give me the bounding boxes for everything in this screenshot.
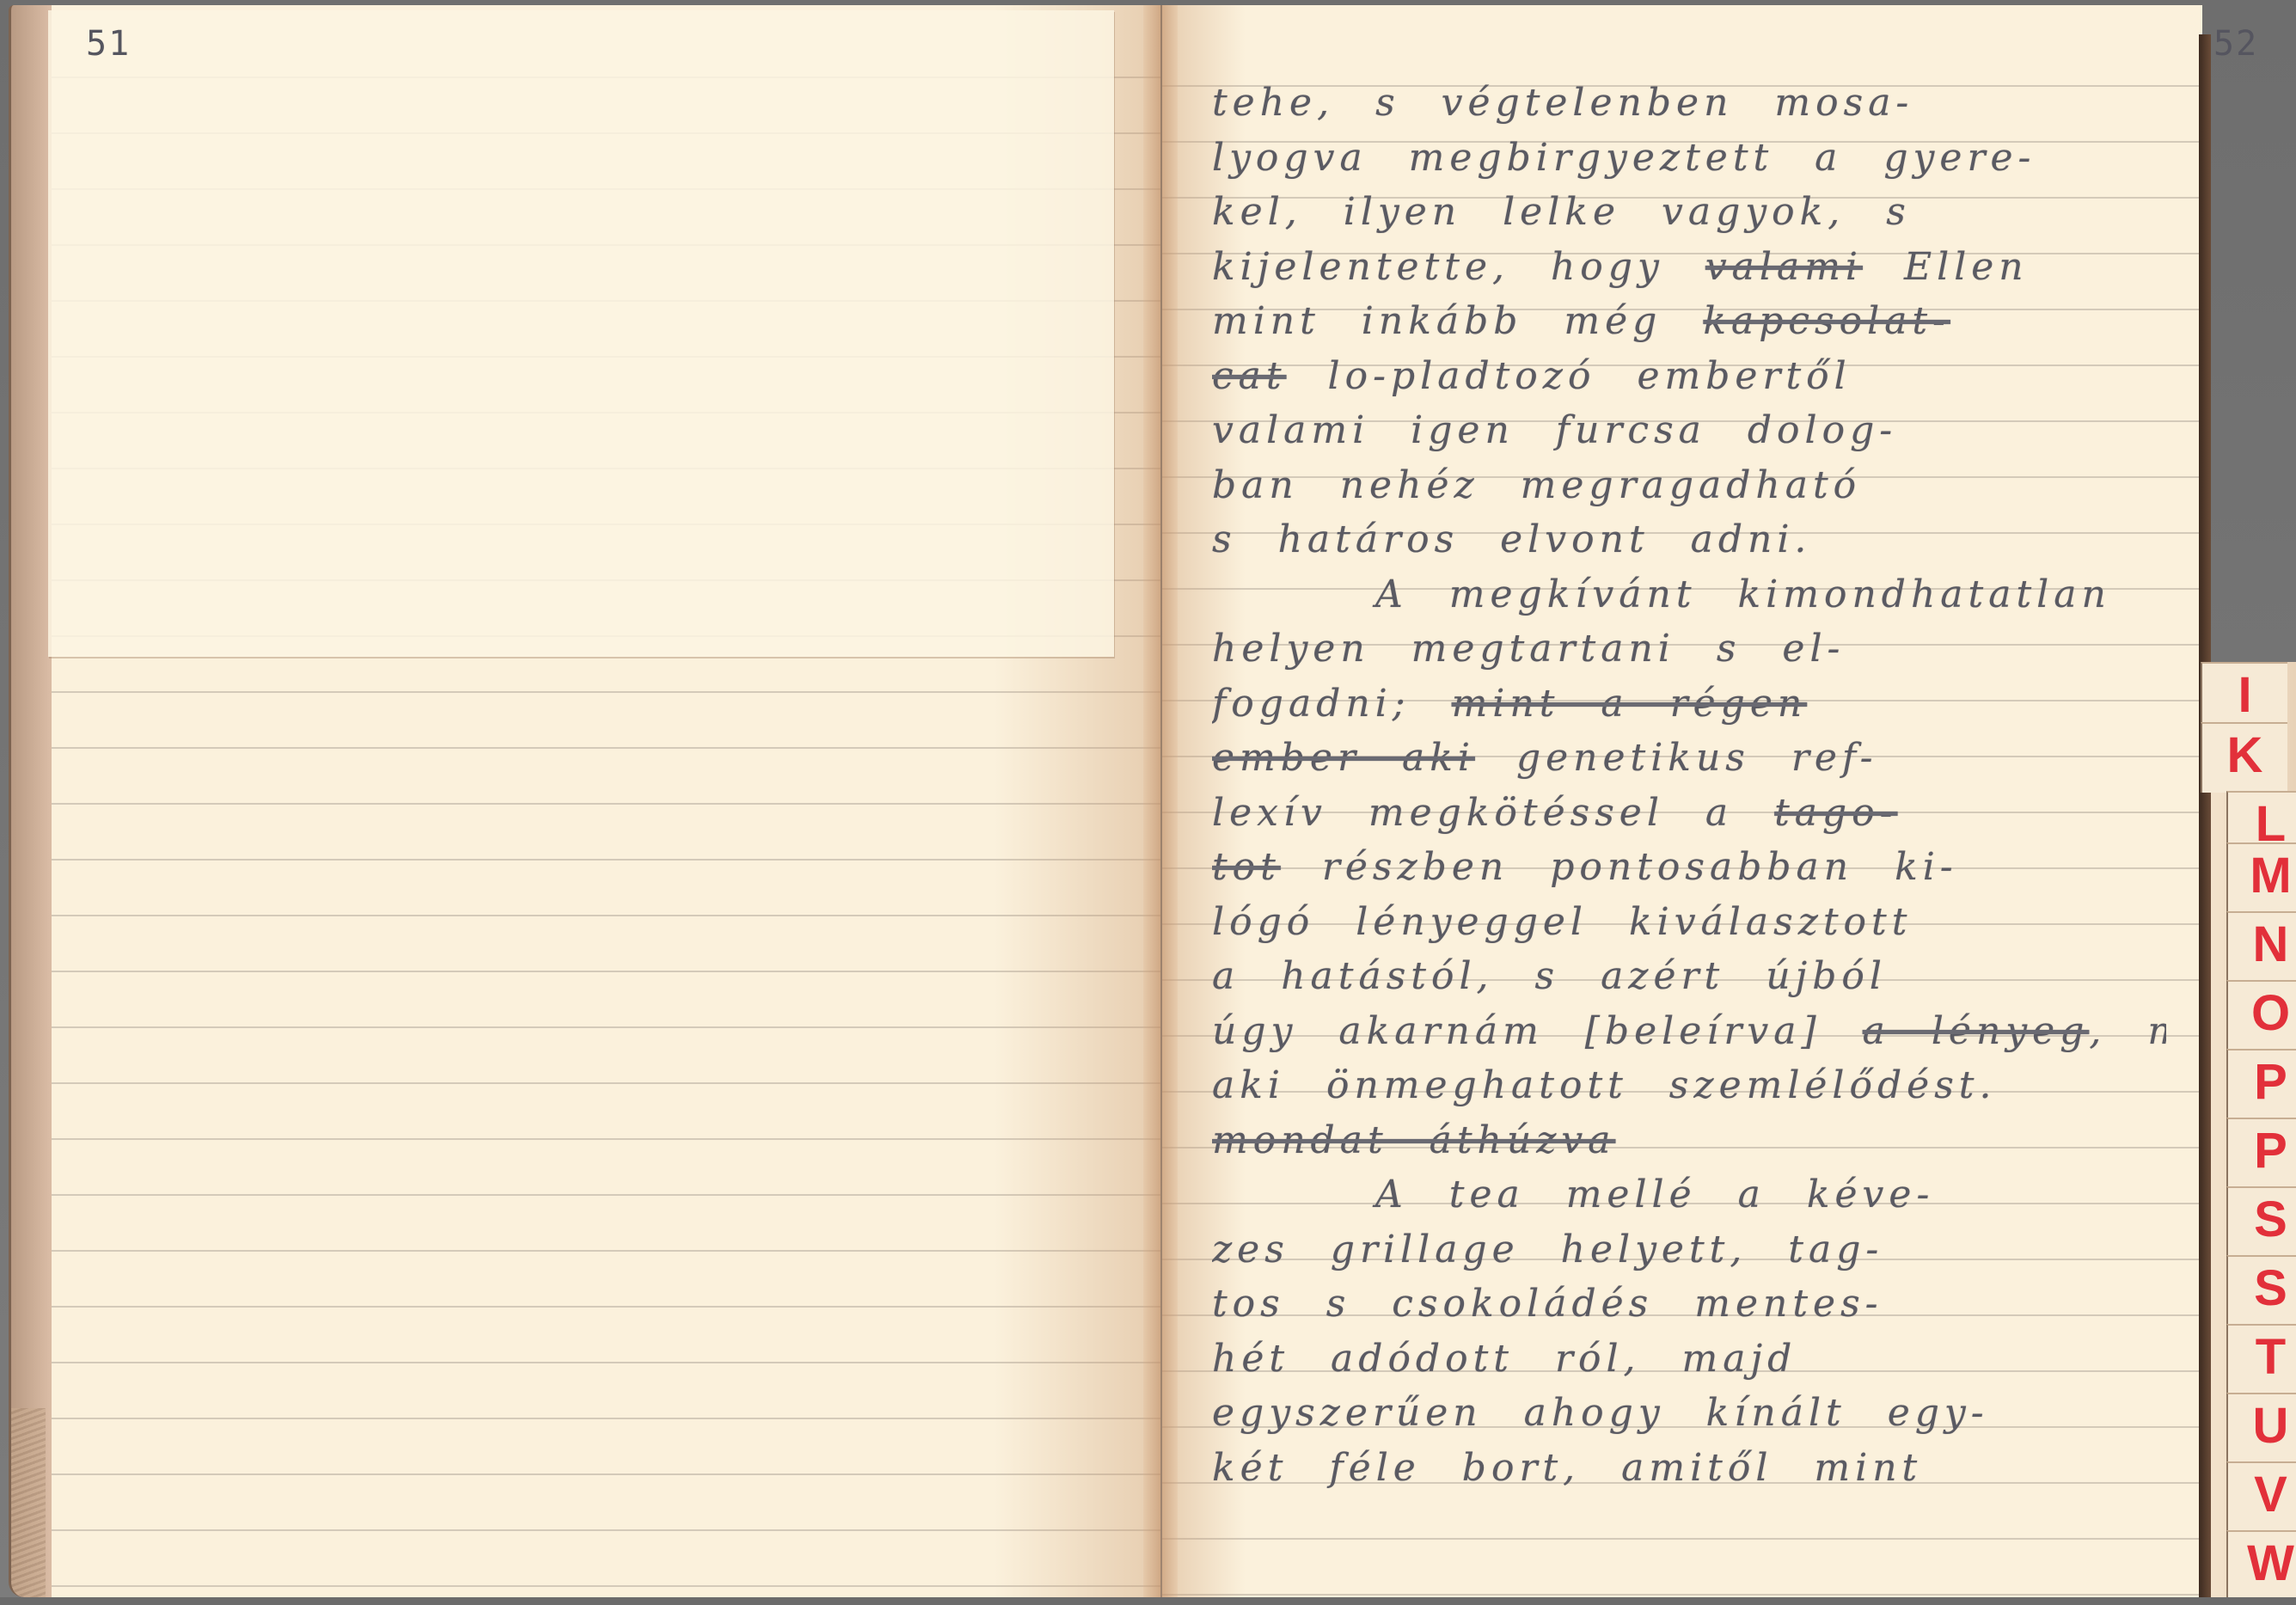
index-tab-letter: O — [2228, 982, 2296, 1038]
struck-out-word: mint a régen — [1452, 682, 1808, 726]
handwritten-line: fogadni; mint a régen — [1212, 677, 2166, 732]
struck-out-word: valami — [1705, 245, 1863, 289]
handwritten-line: tehe, s végtelenben mosa- — [1212, 76, 2166, 131]
struck-out-word: tago- — [1774, 791, 1897, 835]
handwritten-line: lyogva megbirgyeztett a gyere- — [1212, 131, 2166, 186]
right-cover-board — [2199, 34, 2211, 1599]
handwritten-line: kel, ilyen lelke vagyok, s — [1212, 185, 2166, 240]
notebook-spread: 51 52 tehe, s végtelenben mosa-lyogva me… — [0, 0, 2296, 1605]
struck-out-word: tot — [1212, 845, 1281, 889]
struck-out-word: cat — [1212, 354, 1287, 398]
scan-bottom-edge — [0, 1597, 2296, 1605]
handwritten-line: s határos elvont adni. — [1212, 512, 2166, 567]
struck-out-word: mondat áthúzva — [1212, 1118, 1615, 1162]
index-tab-letter: W — [2228, 1532, 2296, 1589]
left-page-inserted-leaf — [48, 10, 1114, 657]
handwritten-line: tot részben pontosabban ki- — [1212, 840, 2166, 895]
handwritten-line: egyszerűen ahogy kínált egy- — [1212, 1386, 2166, 1441]
index-tab-o[interactable]: O — [2226, 980, 2296, 1051]
index-tab-letter: P — [2228, 1051, 2296, 1107]
index-tab-k[interactable]: K — [2201, 722, 2287, 793]
handwritten-line: lexív megkötéssel a tago- — [1212, 786, 2166, 841]
index-tab-letter: I — [2202, 664, 2287, 720]
alphabet-index-tabs: IKLMNOPPSSTUVW — [2211, 662, 2296, 1599]
page-number-right: 52 — [2213, 24, 2258, 64]
handwritten-line: aki önmeghatott szemlélődést. — [1212, 1058, 2166, 1113]
index-tab-letter: P — [2228, 1119, 2296, 1176]
handwritten-line: ban nehéz megragadható — [1212, 458, 2166, 513]
handwritten-line: helyen megtartani s el- — [1212, 622, 2166, 677]
handwritten-line: tos s csokoládés mentes- — [1212, 1277, 2166, 1332]
handwritten-line: lógó lényeggel kiválasztott — [1212, 895, 2166, 950]
index-tab-letter: V — [2228, 1463, 2296, 1520]
index-tab-v[interactable]: V — [2226, 1461, 2296, 1532]
handwritten-line: mint inkább még kapcsolat- — [1212, 294, 2166, 349]
handwritten-line: a hatástól, s azért újból — [1212, 949, 2166, 1004]
index-tab-letter: T — [2228, 1326, 2296, 1382]
index-tab-w[interactable]: W — [2226, 1530, 2296, 1601]
index-tab-letter: S — [2228, 1188, 2296, 1245]
index-tab-s[interactable]: S — [2226, 1255, 2296, 1326]
index-tab-letter: M — [2228, 844, 2296, 901]
handwritten-line: ember aki genetikus ref- — [1212, 731, 2166, 786]
index-tab-p[interactable]: P — [2226, 1049, 2296, 1119]
struck-out-word: a lényeg — [1863, 1009, 2090, 1053]
handwritten-line: valami igen furcsa dolog- — [1212, 403, 2166, 458]
index-tab-m[interactable]: M — [2226, 842, 2296, 913]
handwritten-line: A tea mellé a kéve- — [1212, 1167, 2166, 1222]
index-tab-letter: N — [2228, 913, 2296, 970]
struck-out-word: ember aki — [1212, 736, 1475, 780]
index-tab-letter: L — [2228, 793, 2296, 849]
handwritten-line: hét adódott ról, majd — [1212, 1332, 2166, 1387]
handwritten-line: cat lo-pladtozó embertől — [1212, 349, 2166, 404]
index-tab-letter: S — [2228, 1257, 2296, 1314]
book-gutter — [1143, 5, 1178, 1597]
handwritten-line: zes grillage helyett, tag- — [1212, 1222, 2166, 1277]
struck-out-word: kapcsolat- — [1703, 299, 1950, 343]
index-tab-p[interactable]: P — [2226, 1118, 2296, 1188]
handwritten-line: A megkívánt kimondhatatlan — [1212, 567, 2166, 622]
index-tab-letter: K — [2202, 724, 2287, 781]
handwritten-line: két féle bort, amitől mint — [1212, 1441, 2166, 1496]
handwritten-line: úgy akarnám [beleírva] a lényeg, mint — [1212, 1004, 2166, 1059]
page-number-left: 51 — [86, 24, 131, 64]
handwritten-line: mondat áthúzva — [1212, 1113, 2166, 1168]
handwritten-line: kijelentette, hogy valami Ellen — [1212, 240, 2166, 295]
handwritten-text-block: tehe, s végtelenben mosa-lyogva megbirgy… — [1212, 76, 2166, 1495]
index-tab-n[interactable]: N — [2226, 911, 2296, 982]
index-tab-letter: U — [2228, 1394, 2296, 1451]
index-tab-u[interactable]: U — [2226, 1393, 2296, 1463]
index-tab-s[interactable]: S — [2226, 1186, 2296, 1257]
index-tab-t[interactable]: T — [2226, 1324, 2296, 1394]
